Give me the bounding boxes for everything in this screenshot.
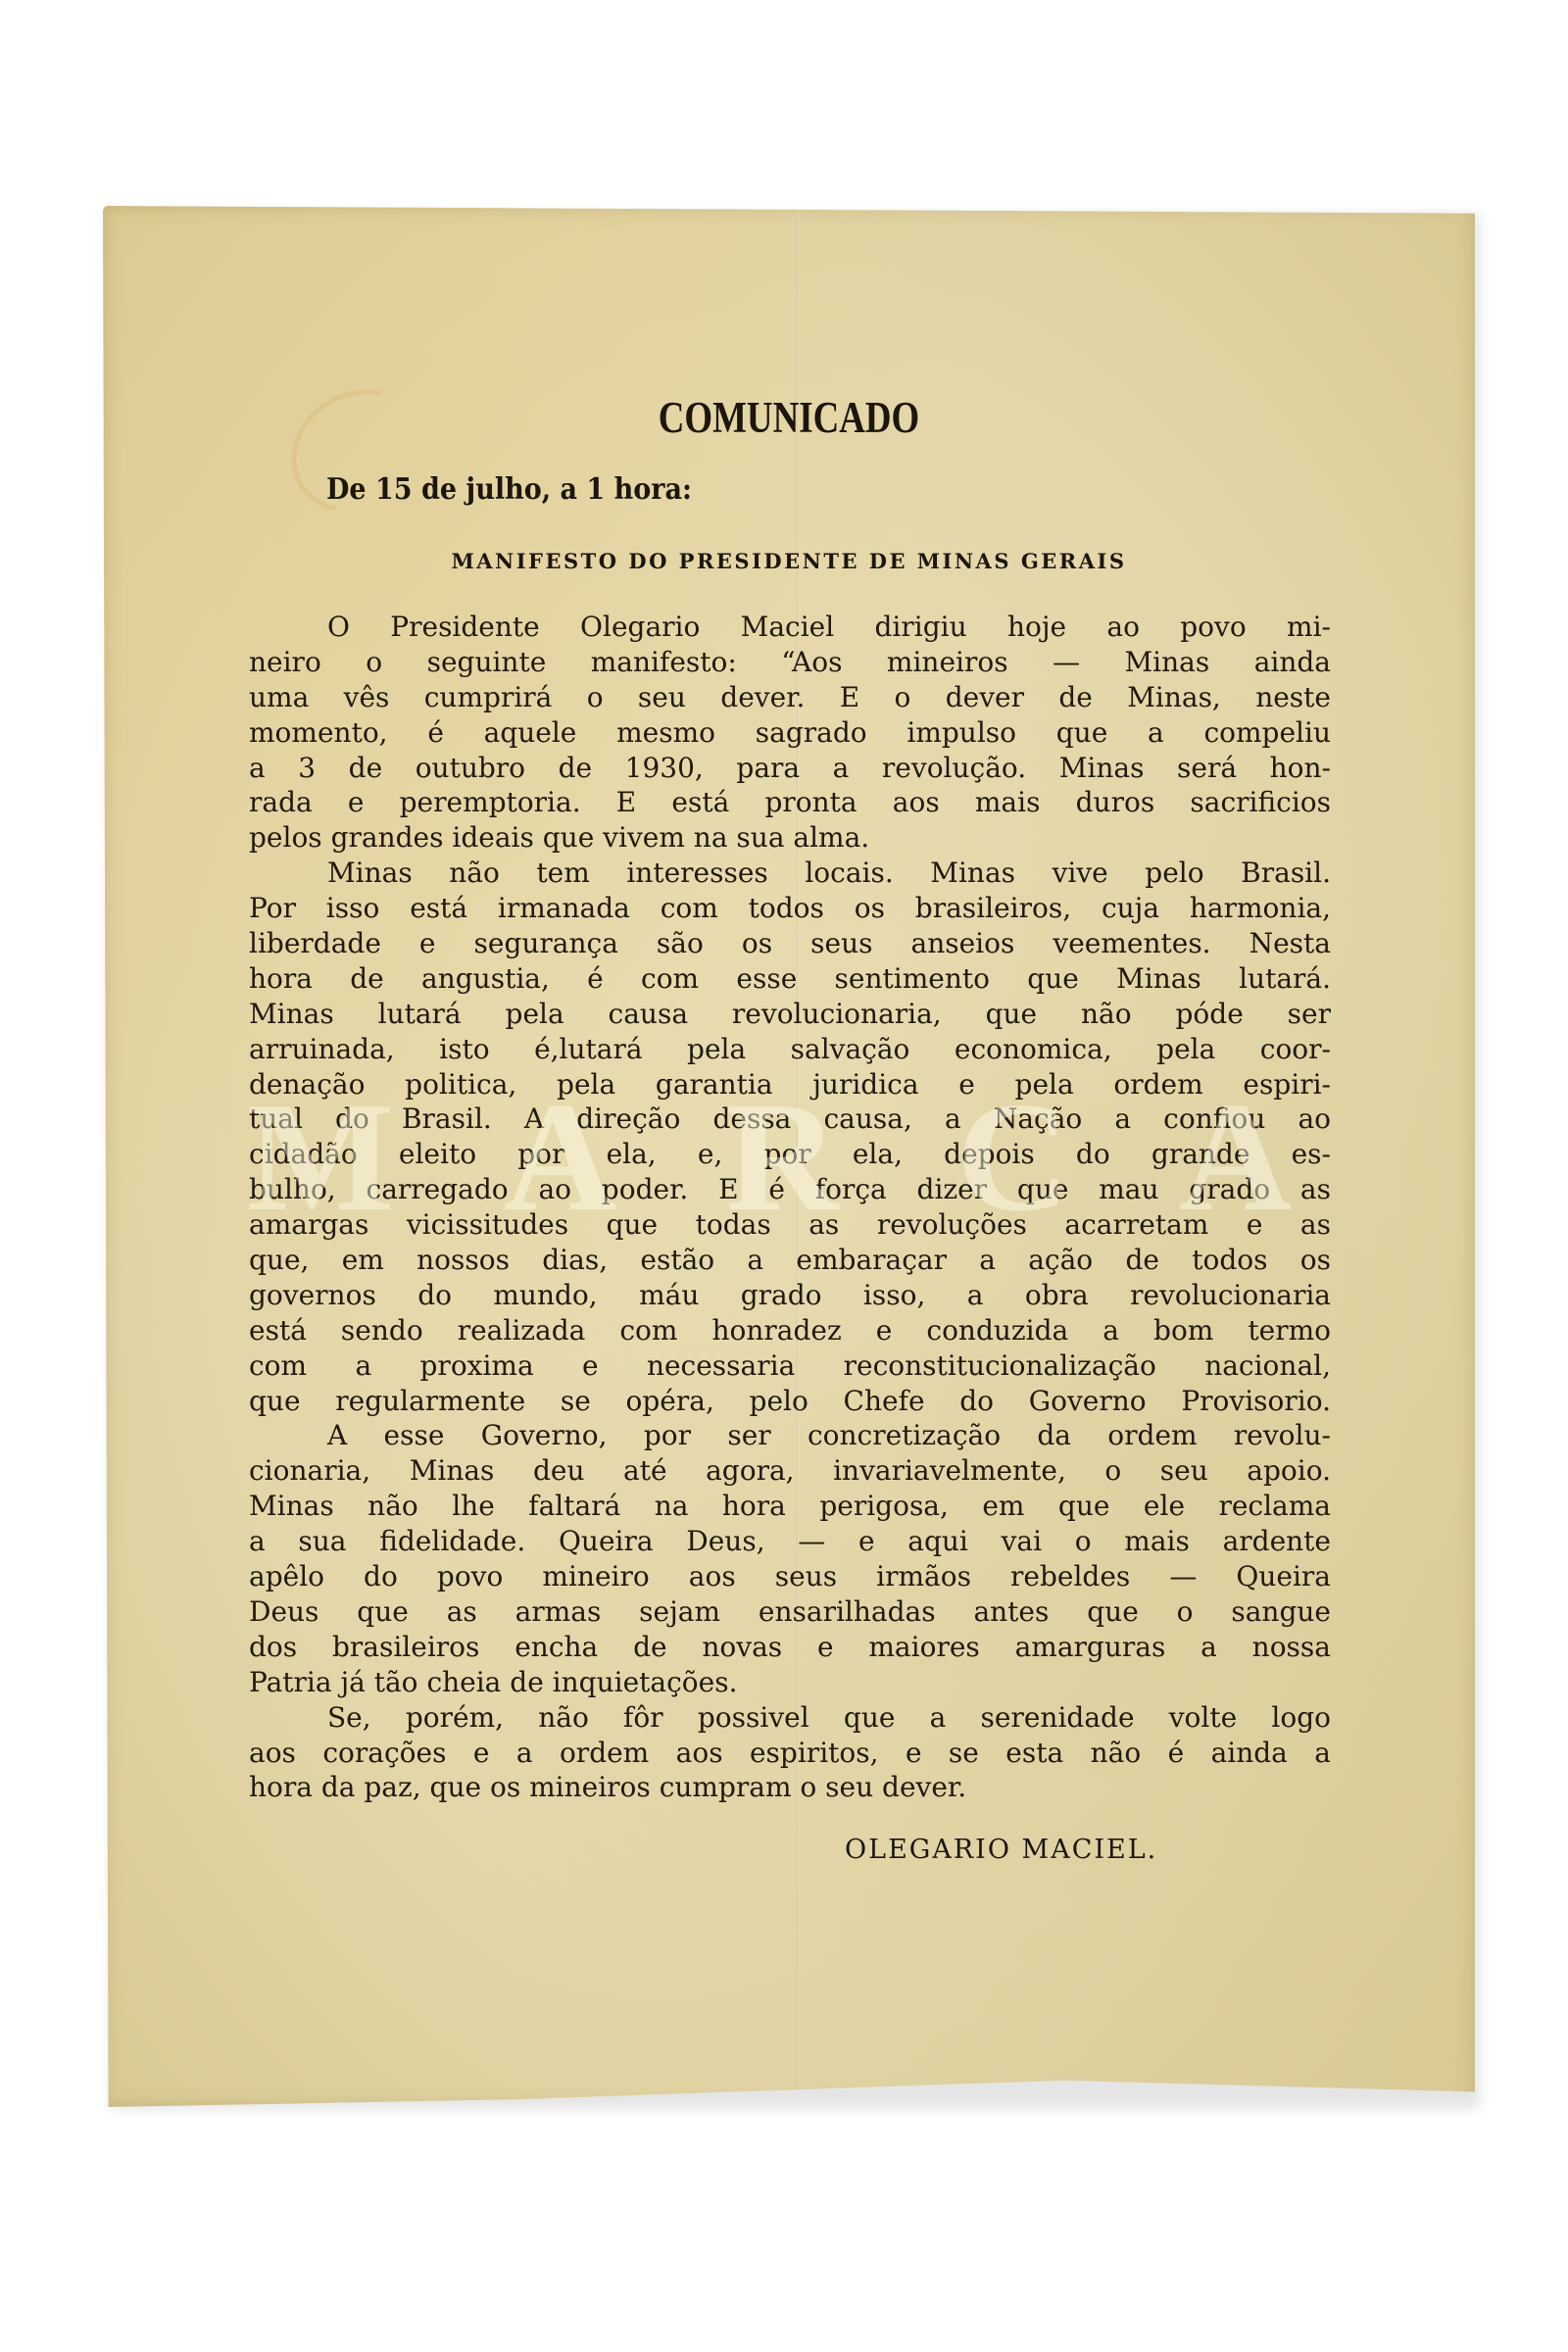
signature: OLEGARIO MACIEL. xyxy=(845,1835,1157,1865)
watermark: M A R C A xyxy=(64,1078,1514,1235)
dateline: De 15 de julho, a 1 hora: xyxy=(326,472,692,507)
text-line: pelos grandes ideais que vivem na sua al… xyxy=(249,820,1331,856)
text-line: Se, porém, não fôr possivel que a sereni… xyxy=(249,1700,1331,1736)
text-line: Minas não lhe faltará na hora perigosa, … xyxy=(249,1489,1331,1524)
text-line: a 3 de outubro de 1930, para a revolução… xyxy=(249,751,1331,786)
document-title: COMUNICADO xyxy=(226,392,1351,443)
text-line: Deus que as armas sejam ensarilhadas ant… xyxy=(249,1594,1331,1630)
text-line: O Presidente Olegario Maciel dirigiu hoj… xyxy=(249,610,1331,645)
text-line: a sua fidelidade. Queira Deus, — e aqui … xyxy=(249,1524,1331,1559)
text-line: uma vês cumprirá o seu dever. E o dever … xyxy=(249,680,1331,715)
text-line: que regularmente se opéra, pelo Chefe do… xyxy=(249,1384,1331,1419)
document-sheet: COMUNICADO De 15 de julho, a 1 hora: MAN… xyxy=(103,206,1475,2107)
text-line: que, em nossos dias, estão a embaraçar a… xyxy=(249,1243,1331,1278)
text-line: Por isso está irmanada com todos os bras… xyxy=(249,891,1331,926)
text-line: rada e peremptoria. E está pronta aos ma… xyxy=(249,785,1331,820)
text-line: aos corações e a ordem aos espiritos, e … xyxy=(249,1736,1331,1771)
text-line: com a proxima e necessaria reconstitucio… xyxy=(249,1348,1331,1384)
text-line: Minas lutará pela causa revolucionaria, … xyxy=(249,997,1331,1032)
document-subtitle: MANIFESTO DO PRESIDENTE DE MINAS GERAIS xyxy=(103,549,1475,573)
text-line: liberdade e segurança são os seus anseio… xyxy=(249,926,1331,961)
text-line: apêlo do povo mineiro aos seus irmãos re… xyxy=(249,1559,1331,1594)
text-line: arruinada, isto é,lutará pela salvação e… xyxy=(249,1032,1331,1067)
text-line: cionaria, Minas deu até agora, invariave… xyxy=(249,1453,1331,1489)
text-line: hora da paz, que os mineiros cumpram o s… xyxy=(249,1770,1331,1805)
text-line: está sendo realizada com honradez e cond… xyxy=(249,1313,1331,1348)
text-line: momento, é aquele mesmo sagrado impulso … xyxy=(249,715,1331,751)
text-line: dos brasileiros encha de novas e maiores… xyxy=(249,1630,1331,1665)
text-line: neiro o seguinte manifesto: “Aos mineiro… xyxy=(249,645,1331,680)
text-line: Minas não tem interesses locais. Minas v… xyxy=(249,856,1331,891)
text-line: Patria já tão cheia de inquietações. xyxy=(249,1665,1331,1700)
text-line: hora de angustia, é com esse sentimento … xyxy=(249,961,1331,997)
text-line: A esse Governo, por ser concretização da… xyxy=(249,1418,1331,1453)
text-line: governos do mundo, máu grado isso, a obr… xyxy=(249,1278,1331,1313)
